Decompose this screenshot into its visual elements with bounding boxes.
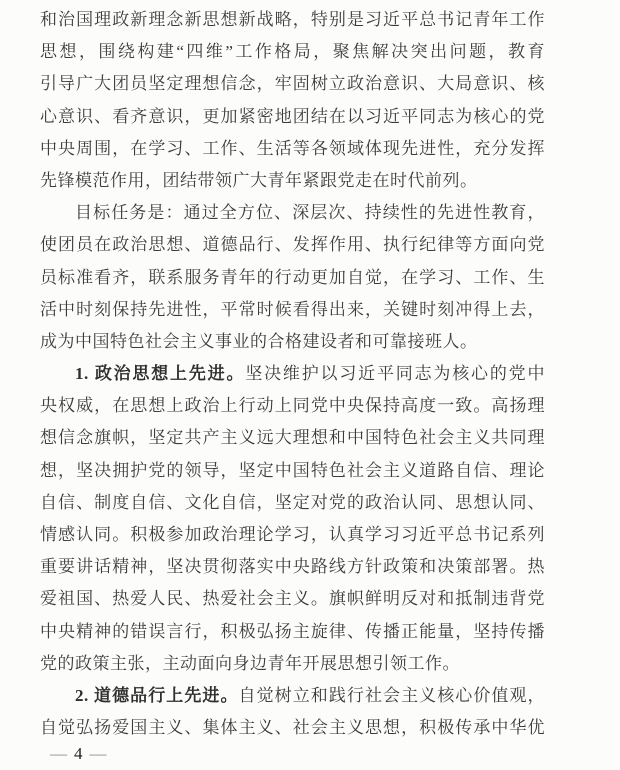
line-text: 使团员在政治思想、道德品行、发挥作用、执行纪律等方面向党 bbox=[40, 235, 545, 254]
text-line: 员标准看齐，联系服务青年的行动更加自觉，在学习、工作、生 bbox=[40, 262, 545, 294]
line-text: 思想，围绕构建“四维”工作格局，聚焦解决突出问题，教育 bbox=[40, 42, 545, 61]
line-text: 自觉弘扬爱国主义、集体主义、社会主义思想，积极传承中华优 bbox=[40, 718, 545, 737]
text-line: 和治国理政新理念新思想新战略，特别是习近平总书记青年工作 bbox=[40, 4, 545, 36]
text-line: 党的政策主张，主动面向身边青年开展思想引领工作。 bbox=[40, 648, 545, 680]
text-line: 想信念旗帜，坚定共产主义远大理想和中国特色社会主义共同理 bbox=[40, 422, 545, 454]
line-text: 先锋模范作用，团结带领广大青年紧跟党走在时代前列。 bbox=[40, 171, 478, 190]
line-text: 坚决维护以习近平同志为核心的党中 bbox=[245, 364, 545, 383]
text-line: 1. 政治思想上先进。坚决维护以习近平同志为核心的党中 bbox=[40, 358, 545, 390]
line-text: 心意识、看齐意识，更加紧密地团结在以习近平同志为核心的党 bbox=[40, 107, 545, 126]
text-line: 中央精神的错误言行，积极弘扬主旋律、传播正能量，坚持传播 bbox=[40, 616, 545, 648]
line-text: 爱祖国、热爱人民、热爱社会主义。旗帜鲜明反对和抵制违背党 bbox=[40, 589, 545, 608]
text-line: 情感认同。积极参加政治理论学习，认真学习习近平总书记系列 bbox=[40, 519, 545, 551]
text-block: 和治国理政新理念新思想新战略，特别是习近平总书记青年工作 思想，围绕构建“四维”… bbox=[40, 4, 545, 744]
line-text: 和治国理政新理念新思想新战略，特别是习近平总书记青年工作 bbox=[40, 10, 545, 29]
text-line: 思想，围绕构建“四维”工作格局，聚焦解决突出问题，教育 bbox=[40, 36, 545, 68]
text-line: 中央周围，在学习、工作、生活等各领域体现先进性，充分发挥 bbox=[40, 133, 545, 165]
text-line: 成为中国特色社会主义事业的合格建设者和可靠接班人。 bbox=[40, 326, 545, 358]
line-text: 活中时刻保持先进性，平常时候看得出来，关键时刻冲得上去， bbox=[40, 300, 545, 319]
line-bold-text: 1. 政治思想上先进。 bbox=[75, 364, 245, 383]
line-text: 央权威，在思想上政治上行动上同党中央保持高度一致。高扬理 bbox=[40, 396, 545, 415]
text-line: 心意识、看齐意识，更加紧密地团结在以习近平同志为核心的党 bbox=[40, 101, 545, 133]
line-text: 想信念旗帜，坚定共产主义远大理想和中国特色社会主义共同理 bbox=[40, 428, 545, 447]
text-line: 想，坚决拥护党的领导，坚定中国特色社会主义道路自信、理论 bbox=[40, 455, 545, 487]
text-line: 引导广大团员坚定理想信念，牢固树立政治意识、大局意识、核 bbox=[40, 68, 545, 100]
line-text: 自信、制度自信、文化自信，坚定对党的政治认同、思想认同、 bbox=[40, 493, 545, 512]
line-text: 自觉树立和践行社会主义核心价值观， bbox=[239, 686, 545, 705]
text-line: 先锋模范作用，团结带领广大青年紧跟党走在时代前列。 bbox=[40, 165, 545, 197]
text-line: 重要讲话精神，坚决贯彻落实中央路线方针政策和决策部署。热 bbox=[40, 551, 545, 583]
line-text: 想，坚决拥护党的领导，坚定中国特色社会主义道路自信、理论 bbox=[40, 461, 545, 480]
text-line: 自信、制度自信、文化自信，坚定对党的政治认同、思想认同、 bbox=[40, 487, 545, 519]
line-text: 中央精神的错误言行，积极弘扬主旋律、传播正能量，坚持传播 bbox=[40, 622, 545, 641]
line-text: 情感认同。积极参加政治理论学习，认真学习习近平总书记系列 bbox=[40, 525, 545, 544]
line-text: 党的政策主张，主动面向身边青年开展思想引领工作。 bbox=[40, 654, 460, 673]
line-text: 引导广大团员坚定理想信念，牢固树立政治意识、大局意识、核 bbox=[40, 74, 545, 93]
text-line: 2. 道德品行上先进。自觉树立和践行社会主义核心价值观， bbox=[40, 680, 545, 712]
page-number: —4— bbox=[44, 743, 114, 765]
text-line: 爱祖国、热爱人民、热爱社会主义。旗帜鲜明反对和抵制违背党 bbox=[40, 583, 545, 615]
page-number-value: 4 bbox=[74, 744, 84, 763]
line-text: 中央周围，在学习、工作、生活等各领域体现先进性，充分发挥 bbox=[40, 139, 545, 158]
line-text: 员标准看齐，联系服务青年的行动更加自觉，在学习、工作、生 bbox=[40, 268, 545, 287]
line-bold-text: 2. 道德品行上先进。 bbox=[75, 686, 239, 705]
text-line: 使团员在政治思想、道德品行、发挥作用、执行纪律等方面向党 bbox=[40, 229, 545, 261]
text-line: 目标任务是：通过全方位、深层次、持续性的先进性教育， bbox=[40, 197, 545, 229]
line-text: 成为中国特色社会主义事业的合格建设者和可靠接班人。 bbox=[40, 332, 478, 351]
text-line: 自觉弘扬爱国主义、集体主义、社会主义思想，积极传承中华优 bbox=[40, 712, 545, 744]
line-text: 重要讲话精神，坚决贯彻落实中央路线方针政策和决策部署。热 bbox=[40, 557, 545, 576]
text-line: 活中时刻保持先进性，平常时候看得出来，关键时刻冲得上去， bbox=[40, 294, 545, 326]
text-line: 央权威，在思想上政治上行动上同党中央保持高度一致。高扬理 bbox=[40, 390, 545, 422]
document-page: 和治国理政新理念新思想新战略，特别是习近平总书记青年工作 思想，围绕构建“四维”… bbox=[0, 0, 620, 770]
page-number-left-dash: — bbox=[44, 744, 74, 763]
line-text: 目标任务是：通过全方位、深层次、持续性的先进性教育， bbox=[75, 203, 545, 222]
page-number-right-dash: — bbox=[84, 744, 114, 763]
